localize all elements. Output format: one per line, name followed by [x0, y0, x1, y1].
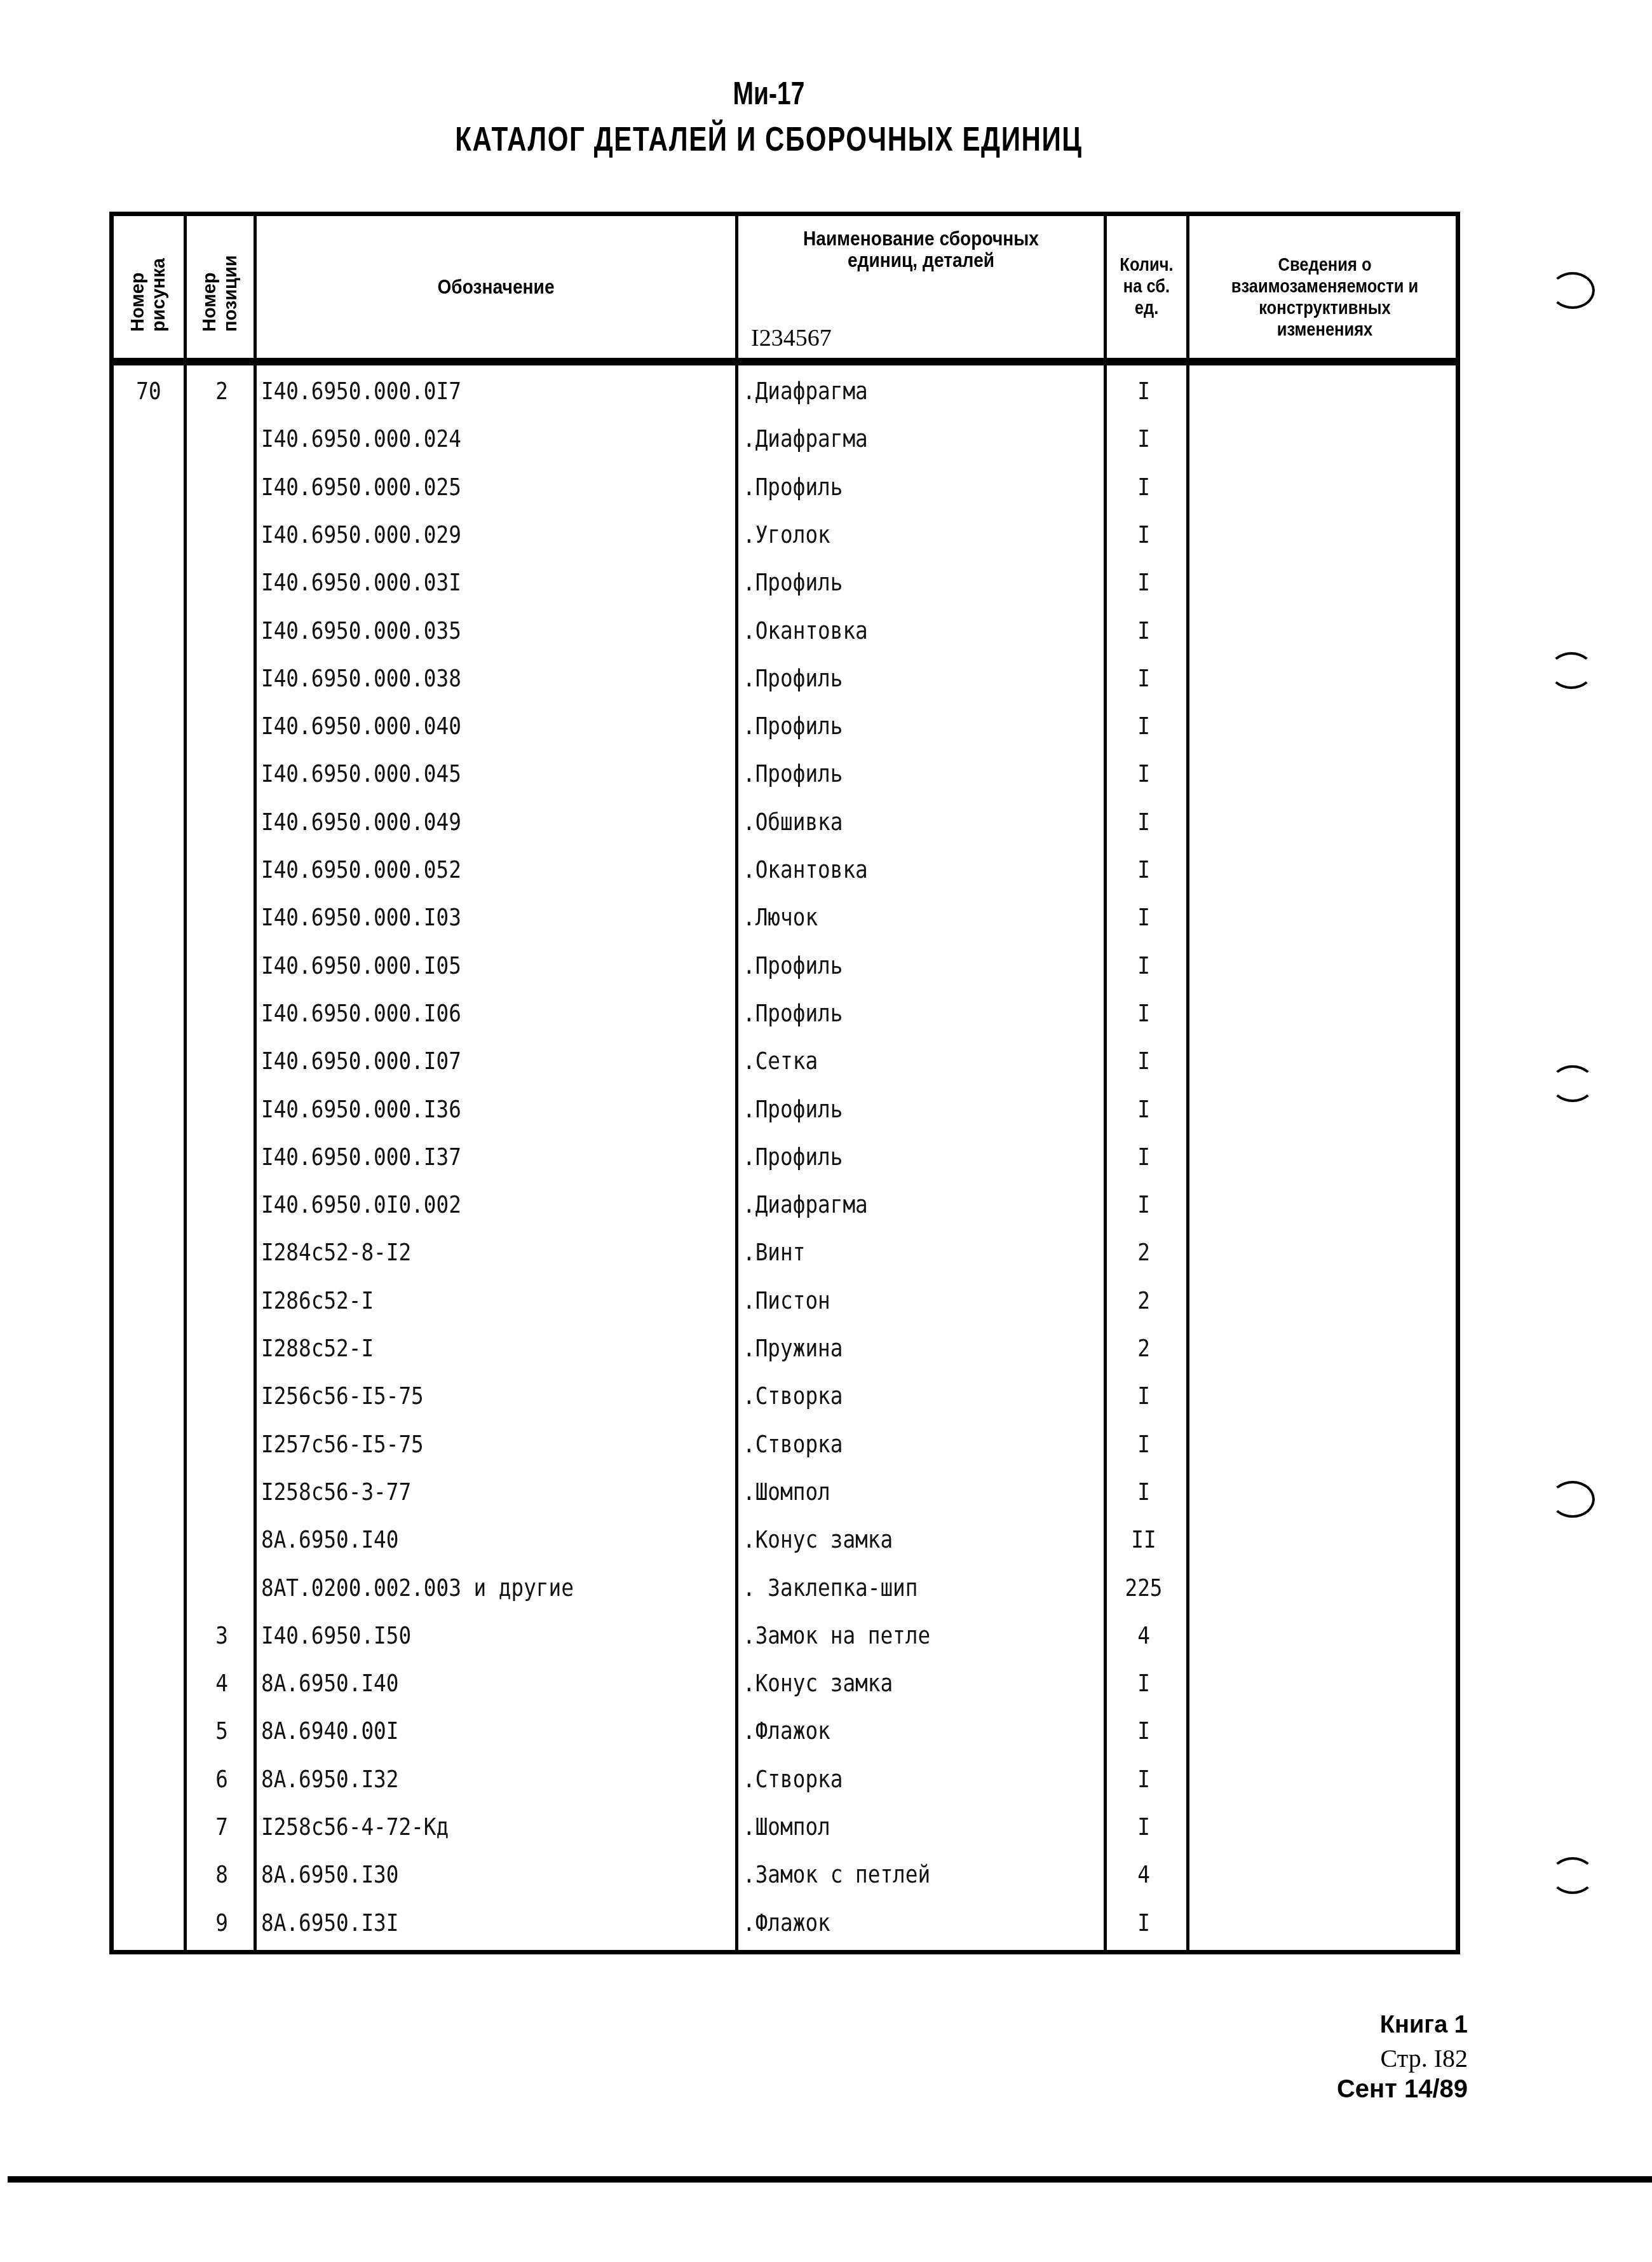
- figure-number-cell: [119, 1037, 179, 1085]
- quantity-cell: I: [1111, 1421, 1177, 1468]
- figure-number-cell: [119, 1803, 179, 1851]
- designation-cell: I286с52-I: [261, 1277, 374, 1325]
- quantity-cell: I: [1111, 511, 1177, 559]
- name-cell: .Окантовка: [743, 607, 868, 655]
- quantity-cell: I: [1111, 1181, 1177, 1229]
- table-row: 68А.6950.I32.СтворкаI: [114, 1755, 1456, 1803]
- table-row: I258с56-3-77.ШомполI: [114, 1468, 1456, 1516]
- figure-number-cell: [119, 1707, 179, 1755]
- name-cell: .Профиль: [743, 559, 843, 606]
- table-row: I40.6950.000.I36.ПрофильI: [114, 1086, 1456, 1133]
- footer-date: Сент 14/89: [1337, 2075, 1468, 2104]
- quantity-cell: I: [1111, 559, 1177, 606]
- position-number-cell: 7: [192, 1803, 252, 1851]
- quantity-cell: I: [1111, 1372, 1177, 1420]
- position-number-cell: [192, 942, 252, 990]
- table-row: I40.6950.000.I37.ПрофильI: [114, 1133, 1456, 1181]
- name-cell: .Профиль: [743, 702, 843, 750]
- binder-hole-mark: [1549, 652, 1594, 689]
- table-row: I286с52-I.Пистон2: [114, 1277, 1456, 1325]
- table-row: I288с52-I.Пружина2: [114, 1325, 1456, 1372]
- designation-cell: I258с56-3-77: [261, 1468, 411, 1516]
- figure-number-cell: [119, 1516, 179, 1564]
- table-row: I257с56-I5-75.СтворкаI: [114, 1421, 1456, 1468]
- name-cell: .Конус замка: [743, 1659, 893, 1707]
- name-cell: .Конус замка: [743, 1516, 893, 1564]
- position-number-cell: [192, 1086, 252, 1133]
- figure-number-cell: [119, 750, 179, 798]
- footer-book: Книга 1: [1380, 2012, 1468, 2039]
- table-row: 48А.6950.I40.Конус замкаI: [114, 1659, 1456, 1707]
- designation-cell: I40.6950.000.0I7: [261, 367, 461, 415]
- position-number-cell: [192, 1037, 252, 1085]
- figure-number-cell: [119, 1851, 179, 1898]
- position-number-cell: [192, 511, 252, 559]
- table-row: 88А.6950.I30.Замок с петлей4: [114, 1851, 1456, 1898]
- position-number-cell: 6: [192, 1755, 252, 1803]
- designation-cell: I40.6950.000.I03: [261, 894, 461, 941]
- bottom-rule: [8, 2176, 1652, 2183]
- quantity-cell: I: [1111, 942, 1177, 990]
- designation-cell: 8А.6950.I32: [261, 1755, 398, 1803]
- position-number-cell: [192, 655, 252, 702]
- position-number-cell: [192, 1181, 252, 1229]
- table-row: I40.6950.000.052.ОкантовкаI: [114, 846, 1456, 894]
- figure-number-cell: [119, 1181, 179, 1229]
- name-cell: .Профиль: [743, 463, 843, 511]
- figure-number-cell: [119, 990, 179, 1037]
- name-cell: .Уголок: [743, 511, 830, 559]
- table-row: 8А.6950.I40.Конус замкаII: [114, 1516, 1456, 1564]
- name-cell: .Обшивка: [743, 798, 843, 846]
- designation-cell: I257с56-I5-75: [261, 1421, 424, 1468]
- designation-cell: I40.6950.000.049: [261, 798, 461, 846]
- designation-cell: I40.6950.000.I07: [261, 1037, 461, 1085]
- figure-number-cell: [119, 1325, 179, 1372]
- name-cell: .Винт: [743, 1229, 805, 1276]
- name-cell: .Профиль: [743, 1086, 843, 1133]
- figure-number-cell: [119, 1659, 179, 1707]
- figure-number-cell: [119, 942, 179, 990]
- designation-cell: 8А.6950.I40: [261, 1516, 398, 1564]
- column-header-quantity: Колич. на сб. ед.: [1107, 216, 1186, 358]
- designation-cell: I40.6950.000.03I: [261, 559, 461, 606]
- name-cell: .Пружина: [743, 1325, 843, 1372]
- designation-cell: 8А.6950.I40: [261, 1659, 398, 1707]
- quantity-cell: 4: [1111, 1851, 1177, 1898]
- binder-hole-mark: [1550, 1481, 1595, 1518]
- binder-hole-mark: [1550, 1857, 1595, 1894]
- name-cell: .Шомпол: [743, 1803, 830, 1851]
- figure-number-cell: [119, 655, 179, 702]
- figure-number-cell: [119, 415, 179, 463]
- name-cell: .Пистон: [743, 1277, 830, 1325]
- column-header-position-no: Номер позиции: [187, 216, 254, 358]
- column-header-interchangeability: Сведения о взаимозаменяемости и конструк…: [1189, 216, 1460, 358]
- position-number-cell: [192, 559, 252, 606]
- designation-cell: I40.6950.0I0.002: [261, 1181, 461, 1229]
- position-number-cell: [192, 1516, 252, 1564]
- figure-number-cell: [119, 1468, 179, 1516]
- name-cell: .Профиль: [743, 990, 843, 1037]
- table-row: I40.6950.0I0.002.ДиафрагмаI: [114, 1181, 1456, 1229]
- table-row: I40.6950.000.I07.СеткаI: [114, 1037, 1456, 1085]
- name-cell: .Диафрагма: [743, 367, 868, 415]
- position-number-cell: [192, 1229, 252, 1276]
- table-row: I40.6950.000.025.ПрофильI: [114, 463, 1456, 511]
- designation-cell: I40.6950.000.I05: [261, 942, 461, 990]
- position-number-cell: [192, 750, 252, 798]
- position-number-cell: [192, 990, 252, 1037]
- quantity-cell: II: [1111, 1516, 1177, 1564]
- designation-cell: I40.6950.000.I36: [261, 1086, 461, 1133]
- name-index-digits: I234567: [751, 324, 832, 352]
- designation-cell: 8А.6950.I30: [261, 1851, 398, 1898]
- figure-number-cell: [119, 511, 179, 559]
- designation-cell: I40.6950.000.029: [261, 511, 461, 559]
- quantity-cell: I: [1111, 750, 1177, 798]
- name-cell: .Окантовка: [743, 846, 868, 894]
- table-row: 58А.6940.00I.ФлажокI: [114, 1707, 1456, 1755]
- table-row: I284с52-8-I2.Винт2: [114, 1229, 1456, 1276]
- position-number-cell: [192, 1372, 252, 1420]
- position-number-cell: 3: [192, 1612, 252, 1659]
- binder-hole-mark: [1550, 272, 1595, 309]
- figure-number-cell: 70: [119, 367, 179, 415]
- table-row: I40.6950.000.040.ПрофильI: [114, 702, 1456, 750]
- name-cell: .Флажок: [743, 1899, 830, 1947]
- table-row: 98А.6950.I3I.ФлажокI: [114, 1899, 1456, 1947]
- figure-number-cell: [119, 1755, 179, 1803]
- designation-cell: I40.6950.000.040: [261, 702, 461, 750]
- designation-cell: I258с56-4-72-Кд: [261, 1803, 449, 1851]
- position-number-cell: [192, 1133, 252, 1181]
- figure-number-cell: [119, 1086, 179, 1133]
- name-cell: .Профиль: [743, 1133, 843, 1181]
- figure-number-cell: [119, 702, 179, 750]
- figure-number-cell: [119, 1612, 179, 1659]
- quantity-cell: I: [1111, 702, 1177, 750]
- table-row: 7I258с56-4-72-Кд.ШомполI: [114, 1803, 1456, 1851]
- quantity-cell: I: [1111, 655, 1177, 702]
- table-row: 8АТ.0200.002.003 и другие. Заклепка-шип2…: [114, 1564, 1456, 1612]
- designation-cell: I40.6950.000.035: [261, 607, 461, 655]
- table-row: 702I40.6950.000.0I7.ДиафрагмаI: [114, 367, 1456, 415]
- quantity-cell: I: [1111, 1468, 1177, 1516]
- position-number-cell: 2: [192, 367, 252, 415]
- name-cell: .Профиль: [743, 942, 843, 990]
- quantity-cell: I: [1111, 415, 1177, 463]
- quantity-cell: 2: [1111, 1277, 1177, 1325]
- figure-number-cell: [119, 463, 179, 511]
- header-separator: [114, 358, 1456, 365]
- position-number-cell: [192, 415, 252, 463]
- quantity-cell: I: [1111, 1133, 1177, 1181]
- name-cell: .Диафрагма: [743, 1181, 868, 1229]
- name-cell: .Створка: [743, 1372, 843, 1420]
- name-cell: .Замок на петле: [743, 1612, 930, 1659]
- figure-number-cell: [119, 798, 179, 846]
- position-number-cell: 5: [192, 1707, 252, 1755]
- figure-number-cell: [119, 559, 179, 606]
- quantity-cell: I: [1111, 1037, 1177, 1085]
- quantity-cell: 225: [1111, 1564, 1177, 1612]
- designation-cell: 8А.6950.I3I: [261, 1899, 398, 1947]
- position-number-cell: [192, 846, 252, 894]
- designation-cell: I40.6950.000.038: [261, 655, 461, 702]
- quantity-cell: I: [1111, 894, 1177, 941]
- column-header-position-no-label: Номер позиции: [200, 243, 241, 332]
- name-cell: .Диафрагма: [743, 415, 868, 463]
- position-number-cell: [192, 1277, 252, 1325]
- name-cell: .Профиль: [743, 750, 843, 798]
- quantity-cell: I: [1111, 1659, 1177, 1707]
- column-header-name: Наименование сборочных единиц, деталей I…: [738, 216, 1104, 358]
- quantity-cell: 4: [1111, 1612, 1177, 1659]
- designation-cell: I40.6950.I50: [261, 1612, 411, 1659]
- name-cell: .Профиль: [743, 655, 843, 702]
- quantity-cell: I: [1111, 463, 1177, 511]
- parts-table: Номер рисунка Номер позиции Обозначение …: [109, 212, 1460, 1954]
- position-number-cell: [192, 798, 252, 846]
- position-number-cell: 4: [192, 1659, 252, 1707]
- figure-number-cell: [119, 1899, 179, 1947]
- quantity-cell: I: [1111, 846, 1177, 894]
- designation-cell: I288с52-I: [261, 1325, 374, 1372]
- table-row: I40.6950.000.024.ДиафрагмаI: [114, 415, 1456, 463]
- table-row: 3I40.6950.I50.Замок на петле4: [114, 1612, 1456, 1659]
- document-model: Ми-17: [169, 75, 1369, 112]
- designation-cell: I40.6950.000.025: [261, 463, 461, 511]
- designation-cell: 8А.6940.00I: [261, 1707, 398, 1755]
- figure-number-cell: [119, 1564, 179, 1612]
- designation-cell: I256с56-I5-75: [261, 1372, 424, 1420]
- name-cell: .Шомпол: [743, 1468, 830, 1516]
- quantity-cell: I: [1111, 367, 1177, 415]
- figure-number-cell: [119, 894, 179, 941]
- name-cell: .Сетка: [743, 1037, 818, 1085]
- footer-page: Стр. I82: [1381, 2043, 1468, 2073]
- position-number-cell: 9: [192, 1899, 252, 1947]
- table-row: I40.6950.000.03I.ПрофильI: [114, 559, 1456, 606]
- table-row: I40.6950.000.I06.ПрофильI: [114, 990, 1456, 1037]
- column-header-figure-no-label: Номер рисунка: [128, 243, 170, 332]
- table-row: I40.6950.000.045.ПрофильI: [114, 750, 1456, 798]
- designation-cell: I40.6950.000.052: [261, 846, 461, 894]
- designation-cell: 8АТ.0200.002.003 и другие: [261, 1564, 574, 1612]
- figure-number-cell: [119, 1133, 179, 1181]
- designation-cell: I40.6950.000.I37: [261, 1133, 461, 1181]
- name-cell: .Флажок: [743, 1707, 830, 1755]
- position-number-cell: [192, 1421, 252, 1468]
- name-cell: .Замок с петлей: [743, 1851, 930, 1898]
- table-row: I40.6950.000.035.ОкантовкаI: [114, 607, 1456, 655]
- position-number-cell: [192, 607, 252, 655]
- quantity-cell: I: [1111, 607, 1177, 655]
- table-row: I40.6950.000.I03.ЛючокI: [114, 894, 1456, 941]
- quantity-cell: I: [1111, 1707, 1177, 1755]
- designation-cell: I40.6950.000.045: [261, 750, 461, 798]
- name-cell: .Створка: [743, 1421, 843, 1468]
- position-number-cell: 8: [192, 1851, 252, 1898]
- quantity-cell: I: [1111, 798, 1177, 846]
- quantity-cell: 2: [1111, 1229, 1177, 1276]
- position-number-cell: [192, 463, 252, 511]
- position-number-cell: [192, 1564, 252, 1612]
- figure-number-cell: [119, 607, 179, 655]
- position-number-cell: [192, 1468, 252, 1516]
- position-number-cell: [192, 1325, 252, 1372]
- figure-number-cell: [119, 1421, 179, 1468]
- column-header-figure-no: Номер рисунка: [114, 216, 184, 358]
- quantity-cell: I: [1111, 990, 1177, 1037]
- table-row: I256с56-I5-75.СтворкаI: [114, 1372, 1456, 1420]
- figure-number-cell: [119, 1277, 179, 1325]
- figure-number-cell: [119, 846, 179, 894]
- table-row: I40.6950.000.029.УголокI: [114, 511, 1456, 559]
- table-row: I40.6950.000.I05.ПрофильI: [114, 942, 1456, 990]
- quantity-cell: I: [1111, 1086, 1177, 1133]
- name-cell: .Створка: [743, 1755, 843, 1803]
- quantity-cell: 2: [1111, 1325, 1177, 1372]
- figure-number-cell: [119, 1229, 179, 1276]
- designation-cell: I40.6950.000.I06: [261, 990, 461, 1037]
- column-header-designation: Обозначение: [257, 216, 735, 358]
- designation-cell: I40.6950.000.024: [261, 415, 461, 463]
- document-title: КАТАЛОГ ДЕТАЛЕЙ И СБОРОЧНЫХ ЕДИНИЦ: [169, 119, 1369, 159]
- table-row: I40.6950.000.049.ОбшивкаI: [114, 798, 1456, 846]
- binder-hole-mark: [1550, 1065, 1595, 1102]
- table-row: I40.6950.000.038.ПрофильI: [114, 655, 1456, 702]
- quantity-cell: I: [1111, 1755, 1177, 1803]
- position-number-cell: [192, 894, 252, 941]
- figure-number-cell: [119, 1372, 179, 1420]
- designation-cell: I284с52-8-I2: [261, 1229, 411, 1276]
- position-number-cell: [192, 702, 252, 750]
- name-cell: .Лючок: [743, 894, 818, 941]
- name-cell: . Заклепка-шип: [743, 1564, 917, 1612]
- quantity-cell: I: [1111, 1899, 1177, 1947]
- quantity-cell: I: [1111, 1803, 1177, 1851]
